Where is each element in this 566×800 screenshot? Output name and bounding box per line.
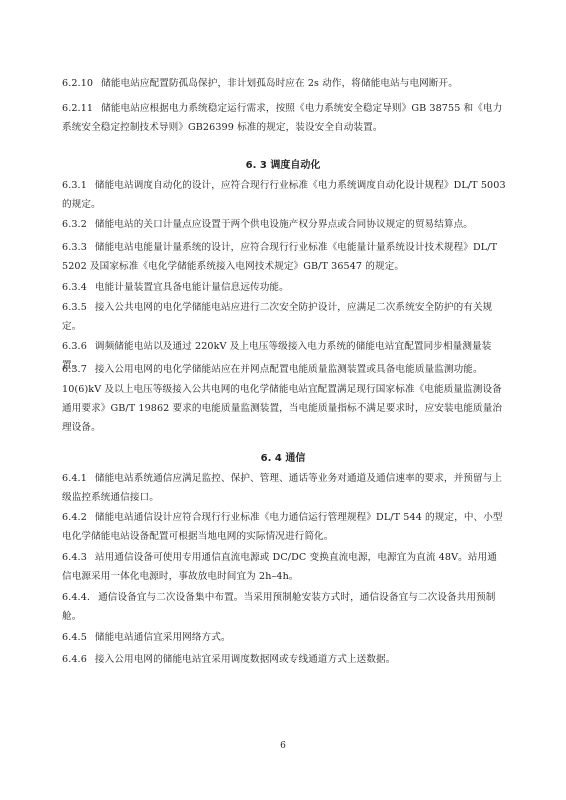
clause-6-3-2: 6.3.2储能电站的关口计量点应设置于两个供电设施产权分界点或合同协议规定的贸易… — [62, 215, 506, 234]
clause-number: 6.4.6 — [62, 654, 87, 665]
clause-6-3-5: 6.3.5接入公共电网的电化学储能电站应进行二次安全防护设计，应满足二次系统安全… — [62, 298, 506, 336]
clause-number: 6.4.3 — [62, 552, 87, 563]
clause-6-3-1: 6.3.1储能电站调度自动化的设计，应符合现行行业标准《电力系统调度自动化设计规… — [62, 176, 506, 214]
clause-number: 6.3.5 — [62, 302, 87, 313]
clause-text: 电能计量装置宜具备电能计量信息远传功能。 — [95, 282, 289, 293]
clause-6-2-10: 6.2.10储能电站应配置防孤岛保护，非计划孤岛时应在 2s 动作，将储能电站与… — [62, 74, 506, 93]
clause-text: 接入公共电网的电化学储能电站应进行二次安全防护设计，应满足二次系统安全防护的有关… — [62, 302, 492, 332]
clause-6-4-4: 6.4.4.通信设备宜与二次设备集中布置。当采用预制舱安装方式时，通信设备宜与二… — [62, 588, 506, 626]
clause-number: 6.2.10 — [62, 78, 93, 89]
clause-6-3-7-continued: 10(6)kV 及以上电压等级接入公共电网的电化学储能电站宜配置满足现行国家标准… — [62, 380, 506, 437]
clause-number: 6.4.4. — [62, 592, 90, 603]
document-page: 6.2.10储能电站应配置防孤岛保护，非计划孤岛时应在 2s 动作，将储能电站与… — [0, 0, 566, 800]
clause-number: 6.4.2 — [62, 512, 87, 523]
clause-text: 储能电站的关口计量点应设置于两个供电设施产权分界点或合同协议规定的贸易结算点。 — [95, 219, 473, 230]
section-heading-6-3: 6. 3 调度自动化 — [0, 156, 566, 171]
clause-number: 6.3.3 — [62, 242, 87, 253]
clause-number: 6.4.1 — [62, 473, 87, 484]
clause-text: 储能电站通信设计应符合现行行业标准《电力通信运行管理规程》DL/T 544 的规… — [62, 512, 503, 542]
clause-number: 6.4.5 — [62, 632, 87, 643]
clause-text: 储能电站电能量计量系统的设计，应符合现行行业标准《电能量计量系统设计技术规程》D… — [62, 242, 497, 272]
clause-text: 储能电站调度自动化的设计，应符合现行行业标准《电力系统调度自动化设计规程》DL/… — [62, 180, 506, 210]
clause-text: 储能电站应根据电力系统稳定运行需求，按照《电力系统安全稳定导则》GB 38755… — [62, 103, 502, 133]
clause-number: 6.2.11 — [62, 103, 93, 114]
clause-text: 通信设备宜与二次设备集中布置。当采用预制舱安装方式时，通信设备宜与二次设备共用预… — [62, 592, 496, 622]
section-heading-6-4: 6. 4 通信 — [0, 449, 566, 464]
clause-number: 6.3.4 — [62, 282, 87, 293]
clause-6-4-5: 6.4.5储能电站通信宜采用网络方式。 — [62, 628, 506, 647]
clause-number: 6.3.7 — [62, 364, 87, 375]
clause-6-4-3: 6.4.3站用通信设备可使用专用通信直流电源或 DC/DC 变换直流电源，电源宜… — [62, 548, 506, 586]
clause-text: 储能电站通信宜采用网络方式。 — [95, 632, 231, 643]
page-number: 6 — [0, 741, 566, 751]
clause-number: 6.3.1 — [62, 180, 87, 191]
clause-6-4-6: 6.4.6接入公用电网的储能电站宜采用调度数据网或专线通道方式上送数据。 — [62, 650, 506, 669]
clause-number: 6.3.6 — [62, 341, 87, 352]
clause-6-4-1: 6.4.1储能电站系统通信应满足监控、保护、管理、通话等业务对通道及通信速率的要… — [62, 469, 506, 507]
clause-6-3-3: 6.3.3储能电站电能量计量系统的设计，应符合现行行业标准《电能量计量系统设计技… — [62, 238, 506, 276]
clause-6-4-2: 6.4.2储能电站通信设计应符合现行行业标准《电力通信运行管理规程》DL/T 5… — [62, 508, 506, 546]
clause-number: 6.3.2 — [62, 219, 87, 230]
clause-text: 站用通信设备可使用专用通信直流电源或 DC/DC 变换直流电源，电源宜为直流 4… — [62, 552, 497, 582]
clause-text: 10(6)kV 及以上电压等级接入公共电网的电化学储能电站宜配置满足现行国家标准… — [62, 384, 502, 433]
clause-text: 接入公用电网的电化学储能站应在并网点配置电能质量监测装置或具备电能质量监测功能。 — [95, 364, 483, 375]
clause-6-3-4: 6.3.4电能计量装置宜具备电能计量信息远传功能。 — [62, 278, 506, 297]
clause-6-2-11: 6.2.11储能电站应根据电力系统稳定运行需求，按照《电力系统安全稳定导则》GB… — [62, 99, 506, 137]
clause-text: 储能电站系统通信应满足监控、保护、管理、通话等业务对通道及通信速率的要求，并预留… — [62, 473, 502, 503]
clause-text: 储能电站应配置防孤岛保护，非计划孤岛时应在 2s 动作，将储能电站与电网断开。 — [101, 78, 458, 89]
clause-6-3-7: 6.3.7接入公用电网的电化学储能站应在并网点配置电能质量监测装置或具备电能质量… — [62, 360, 506, 379]
clause-text: 接入公用电网的储能电站宜采用调度数据网或专线通道方式上送数据。 — [95, 654, 396, 665]
